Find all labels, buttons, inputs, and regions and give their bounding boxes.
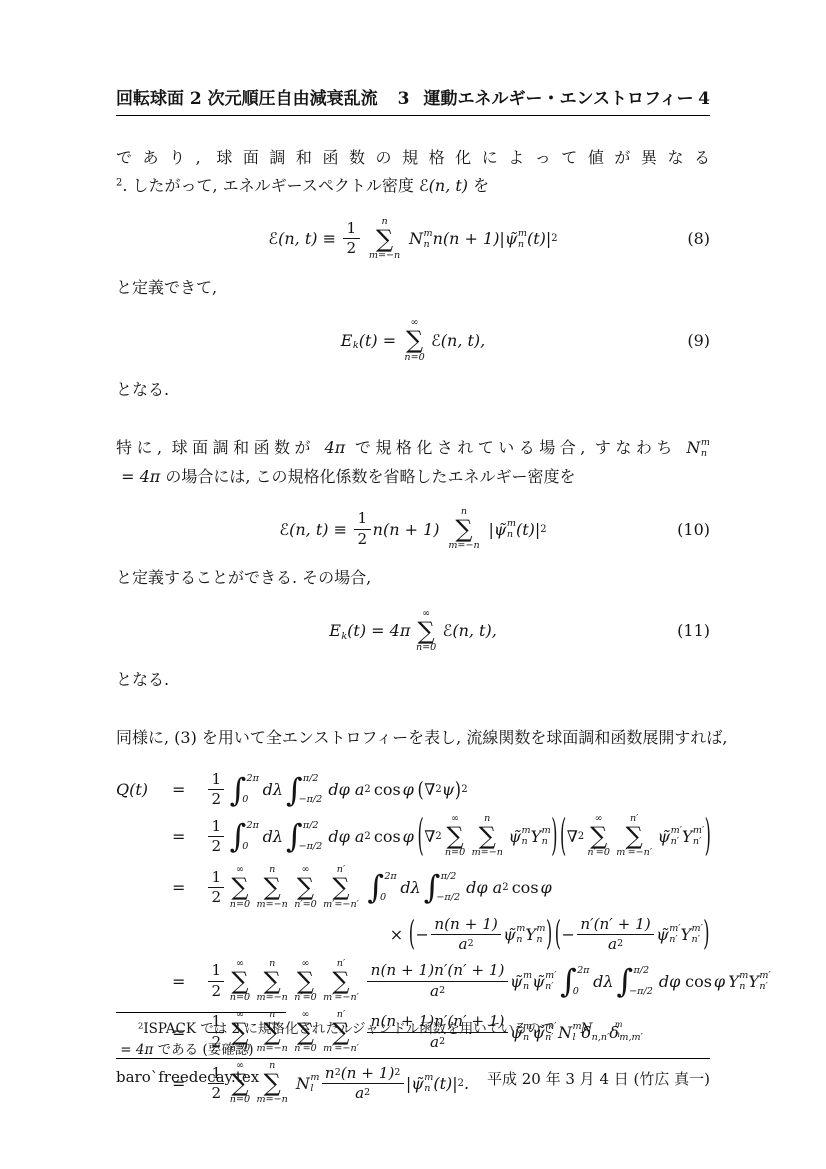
equation-10: ℰ(n, t) ≡ 12n(n + 1)n∑m=−n|ψ̃mn(t)|2 (10… <box>116 506 710 552</box>
equation-10-math: ℰ(n, t) ≡ 12n(n + 1)n∑m=−n|ψ̃mn(t)|2 <box>279 506 546 552</box>
derivation-row: =12∞∑n=0n∑m=−n∞∑n′=0n′∑m′=−n′∫2π0dλ∫π/2−… <box>116 864 710 910</box>
footnote-rule <box>116 1012 286 1013</box>
running-title: 回転球面 2 次元順圧自由減衰乱流 <box>116 84 378 109</box>
paragraph-tonaru-2: となる. <box>116 666 710 694</box>
paragraph-tokuni: 特に, 球面調和函数が 4π で規格化されている場合, すなわち Nmn = 4… <box>116 434 710 491</box>
page-number: 4 <box>698 89 710 109</box>
equation-8: ℰ(n, t) ≡ 12n∑m=−nNmnn(n + 1)|ψ̃mn(t)|2 … <box>116 216 710 262</box>
equation-10-number: (10) <box>677 520 710 539</box>
footnote-block: 2ISPACK では 2 に規格化されたルジャンドル函数を用いているので Nmn… <box>116 1012 710 1060</box>
equation-8-math: ℰ(n, t) ≡ 12n∑m=−nNmnn(n + 1)|ψ̃mn(t)|2 <box>268 216 557 262</box>
derivation-cont-row: × (−n(n + 1)a2ψ̃mnYmn)(−n′(n′ + 1)a2ψ̃m′… <box>116 916 710 954</box>
footnote-text: 2ISPACK では 2 に規格化されたルジャンドル函数を用いているので Nmn… <box>116 1019 710 1060</box>
header-rule <box>116 115 710 116</box>
footer-filename: baro`freedecay.tex <box>116 1068 259 1089</box>
equation-9: E k(t) = ∞∑n=0ℰ(n, t), (9) <box>116 317 710 363</box>
page-header: 回転球面 2 次元順圧自由減衰乱流 3 運動エネルギー・エンストロフィー 4 <box>116 84 710 109</box>
derivation-row: =12∫2π0dλ∫π/2−π/2dφ a2cosφ(∇2∞∑n=0n∑m=−n… <box>116 813 710 859</box>
equation-11-math: E k(t) = 4π∞∑n=0ℰ(n, t), <box>329 608 497 654</box>
paragraph-sonobaai: と定義することができる. その場合, <box>116 564 710 592</box>
derivation-row: Q(t)=12∫2π0dλ∫π/2−π/2dφ a2cosφ(∇2ψ)2 <box>116 771 710 809</box>
section-number: 3 <box>398 89 410 109</box>
paragraph-tonaru-1: となる. <box>116 376 710 404</box>
derivation-row: =12∞∑n=0n∑m=−n∞∑n′=0n′∑m′=−n′n(n + 1)n′(… <box>116 958 710 1004</box>
paragraph-douyou: 同様に, (3) を用いて全エンストロフィーを表し, 流線関数を球面調和函数展開… <box>116 724 710 752</box>
equation-11-number: (11) <box>677 621 710 640</box>
paragraph-define: と定義できて, <box>116 274 710 302</box>
paragraph-intro: であり, 球面調和函数の規格化によって値が異なる2. したがって, エネルギース… <box>116 144 710 201</box>
document-page: 回転球面 2 次元順圧自由減衰乱流 3 運動エネルギー・エンストロフィー 4 で… <box>0 0 826 1169</box>
equation-9-math: E k(t) = ∞∑n=0ℰ(n, t), <box>341 317 486 363</box>
section-title: 運動エネルギー・エンストロフィー <box>424 84 694 109</box>
equation-9-number: (9) <box>687 331 710 350</box>
equation-11: E k(t) = 4π∞∑n=0ℰ(n, t), (11) <box>116 608 710 654</box>
footer-date: 平成 20 年 3 月 4 日 (竹広 真一) <box>487 1068 710 1089</box>
equation-8-number: (8) <box>687 229 710 248</box>
page-footer: baro`freedecay.tex 平成 20 年 3 月 4 日 (竹広 真… <box>116 1058 710 1089</box>
